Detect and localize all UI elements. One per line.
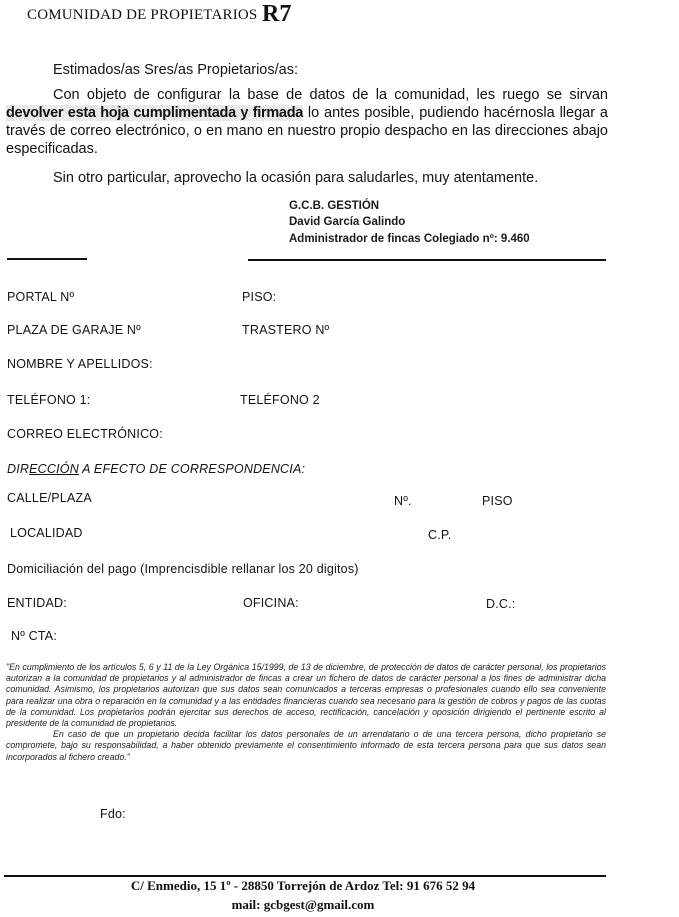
field-telefono-1[interactable]: TELÉFONO 1: [7, 393, 90, 407]
letter-body: Con objeto de configurar la base de dato… [6, 86, 608, 158]
divider [7, 258, 87, 260]
greeting: Estimados/as Sres/as Propietarios/as: [53, 62, 298, 78]
legal-paragraph-2: En caso de que un propietario decida fac… [6, 729, 606, 763]
field-trastero[interactable]: TRASTERO Nº [242, 323, 329, 337]
field-telefono-2[interactable]: TELÉFONO 2 [240, 393, 320, 407]
field-plaza-garaje[interactable]: PLAZA DE GARAJE Nº [7, 323, 141, 337]
section-direccion-underlined: ECCIÓN [29, 462, 79, 476]
divider [248, 259, 606, 261]
letter-body-start: Con objeto de configurar la base de dato… [53, 87, 608, 103]
signature-company: G.C.B. GESTIÓN [289, 200, 379, 212]
signature-name: David García Galindo [289, 216, 405, 228]
section-direccion-prefix: DIR [7, 462, 29, 476]
document-code: R7 [262, 1, 291, 28]
document-title: COMUNIDAD DE PROPIETARIOS [27, 7, 257, 24]
field-calle[interactable]: CALLE/PLAZA [7, 491, 92, 505]
domiciliacion-heading: Domiciliación del pago (Imprencisdible r… [7, 562, 359, 576]
legal-paragraph-1: "En cumplimiento de los artículos 5, 6 y… [6, 662, 606, 729]
footer-address: C/ Enmedio, 15 1º - 28850 Torrejón de Ar… [0, 878, 606, 894]
field-nombre[interactable]: NOMBRE Y APELLIDOS: [7, 357, 153, 371]
field-entidad[interactable]: ENTIDAD: [7, 596, 67, 610]
field-localidad[interactable]: LOCALIDAD [10, 526, 83, 540]
field-dc[interactable]: D.C.: [486, 597, 515, 611]
legal-notice: "En cumplimiento de los artículos 5, 6 y… [6, 662, 606, 763]
field-cuenta[interactable]: Nº CTA: [11, 629, 57, 643]
field-portal[interactable]: PORTAL Nº [7, 290, 74, 304]
letter-body-highlight: devolver esta hoja cumplimentada y firma… [6, 105, 303, 121]
letter-closing: Sin otro particular, aprovecho la ocasió… [53, 170, 538, 186]
footer-divider [4, 875, 606, 877]
footer-email: mail: gcbgest@gmail.com [0, 897, 606, 913]
field-correo[interactable]: CORREO ELECTRÓNICO: [7, 427, 163, 441]
field-numero[interactable]: Nº. [394, 494, 412, 508]
field-oficina[interactable]: OFICINA: [243, 596, 299, 610]
field-piso-direccion[interactable]: PISO [482, 494, 513, 508]
section-direccion: DIRECCIÓN A EFECTO DE CORRESPONDENCIA: [7, 462, 305, 476]
field-piso[interactable]: PISO: [242, 290, 276, 304]
section-direccion-suffix: A EFECTO DE CORRESPONDENCIA: [79, 462, 305, 476]
signature-role: Administrador de fincas Colegiado nº: 9.… [289, 233, 530, 245]
field-cp[interactable]: C.P. [428, 528, 452, 542]
signature-field[interactable]: Fdo: [100, 807, 126, 821]
